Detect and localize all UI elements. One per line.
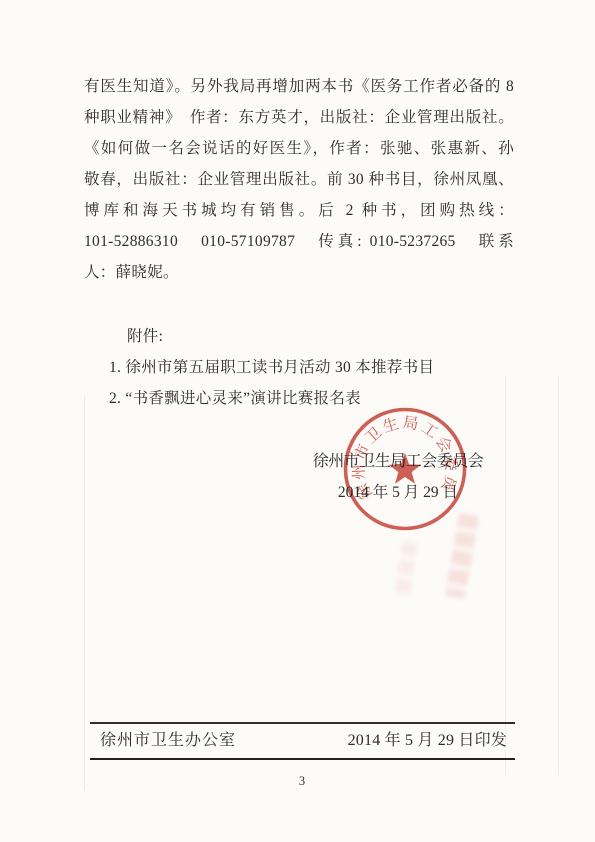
body-line: 敬春，出版社：企业管理出版社。前 30 种书目，徐州凤凰、 xyxy=(84,164,514,195)
seal-star-icon xyxy=(389,453,421,484)
attachments-section: 附件: 1. 徐州市第五届职工读书月活动 30 本推荐书目 2. “书香飘进心灵… xyxy=(84,321,514,414)
body-line: 有医生知道》。另外我局再增加两本书《医务工作者必备的 8 xyxy=(84,71,514,102)
footer-divider-top xyxy=(90,722,515,724)
scan-streak xyxy=(558,375,559,775)
attachments-label: 附件: xyxy=(127,321,514,352)
body-paragraph: 有医生知道》。另外我局再增加两本书《医务工作者必备的 8 种职业精神》 作者：东… xyxy=(84,71,514,288)
seal-ghost-mark xyxy=(394,541,418,599)
document-page: 有医生知道》。另外我局再增加两本书《医务工作者必备的 8 种职业精神》 作者：东… xyxy=(0,0,595,842)
body-line: 种职业精神》 作者：东方英才，出版社：企业管理出版社。 xyxy=(84,102,514,133)
body-line: 人：薛晓妮。 xyxy=(84,257,514,288)
official-seal: 徐州市卫生局工会委员会 xyxy=(342,406,468,532)
footer-divider-bottom xyxy=(90,758,515,760)
scan-streak xyxy=(505,375,506,775)
body-line: 博库和海天书城均有销售。后 2 种书，团购热线： xyxy=(84,195,514,226)
footer-row: 徐州市卫生办公室 2014 年 5 月 29 日印发 xyxy=(90,729,515,753)
body-line: 《如何做一名会说话的好医生》，作者：张驰、张惠新、孙 xyxy=(84,133,514,164)
footer-print-date: 2014 年 5 月 29 日印发 xyxy=(348,729,507,753)
scan-streak xyxy=(84,395,85,790)
body-line: 101-52886310 010-57109787 传真: 010-523726… xyxy=(84,226,514,257)
attachment-item: 1. 徐州市第五届职工读书月活动 30 本推荐书目 xyxy=(109,352,514,383)
page-number: 3 xyxy=(288,774,316,789)
footer-issuer: 徐州市卫生办公室 xyxy=(100,729,236,753)
